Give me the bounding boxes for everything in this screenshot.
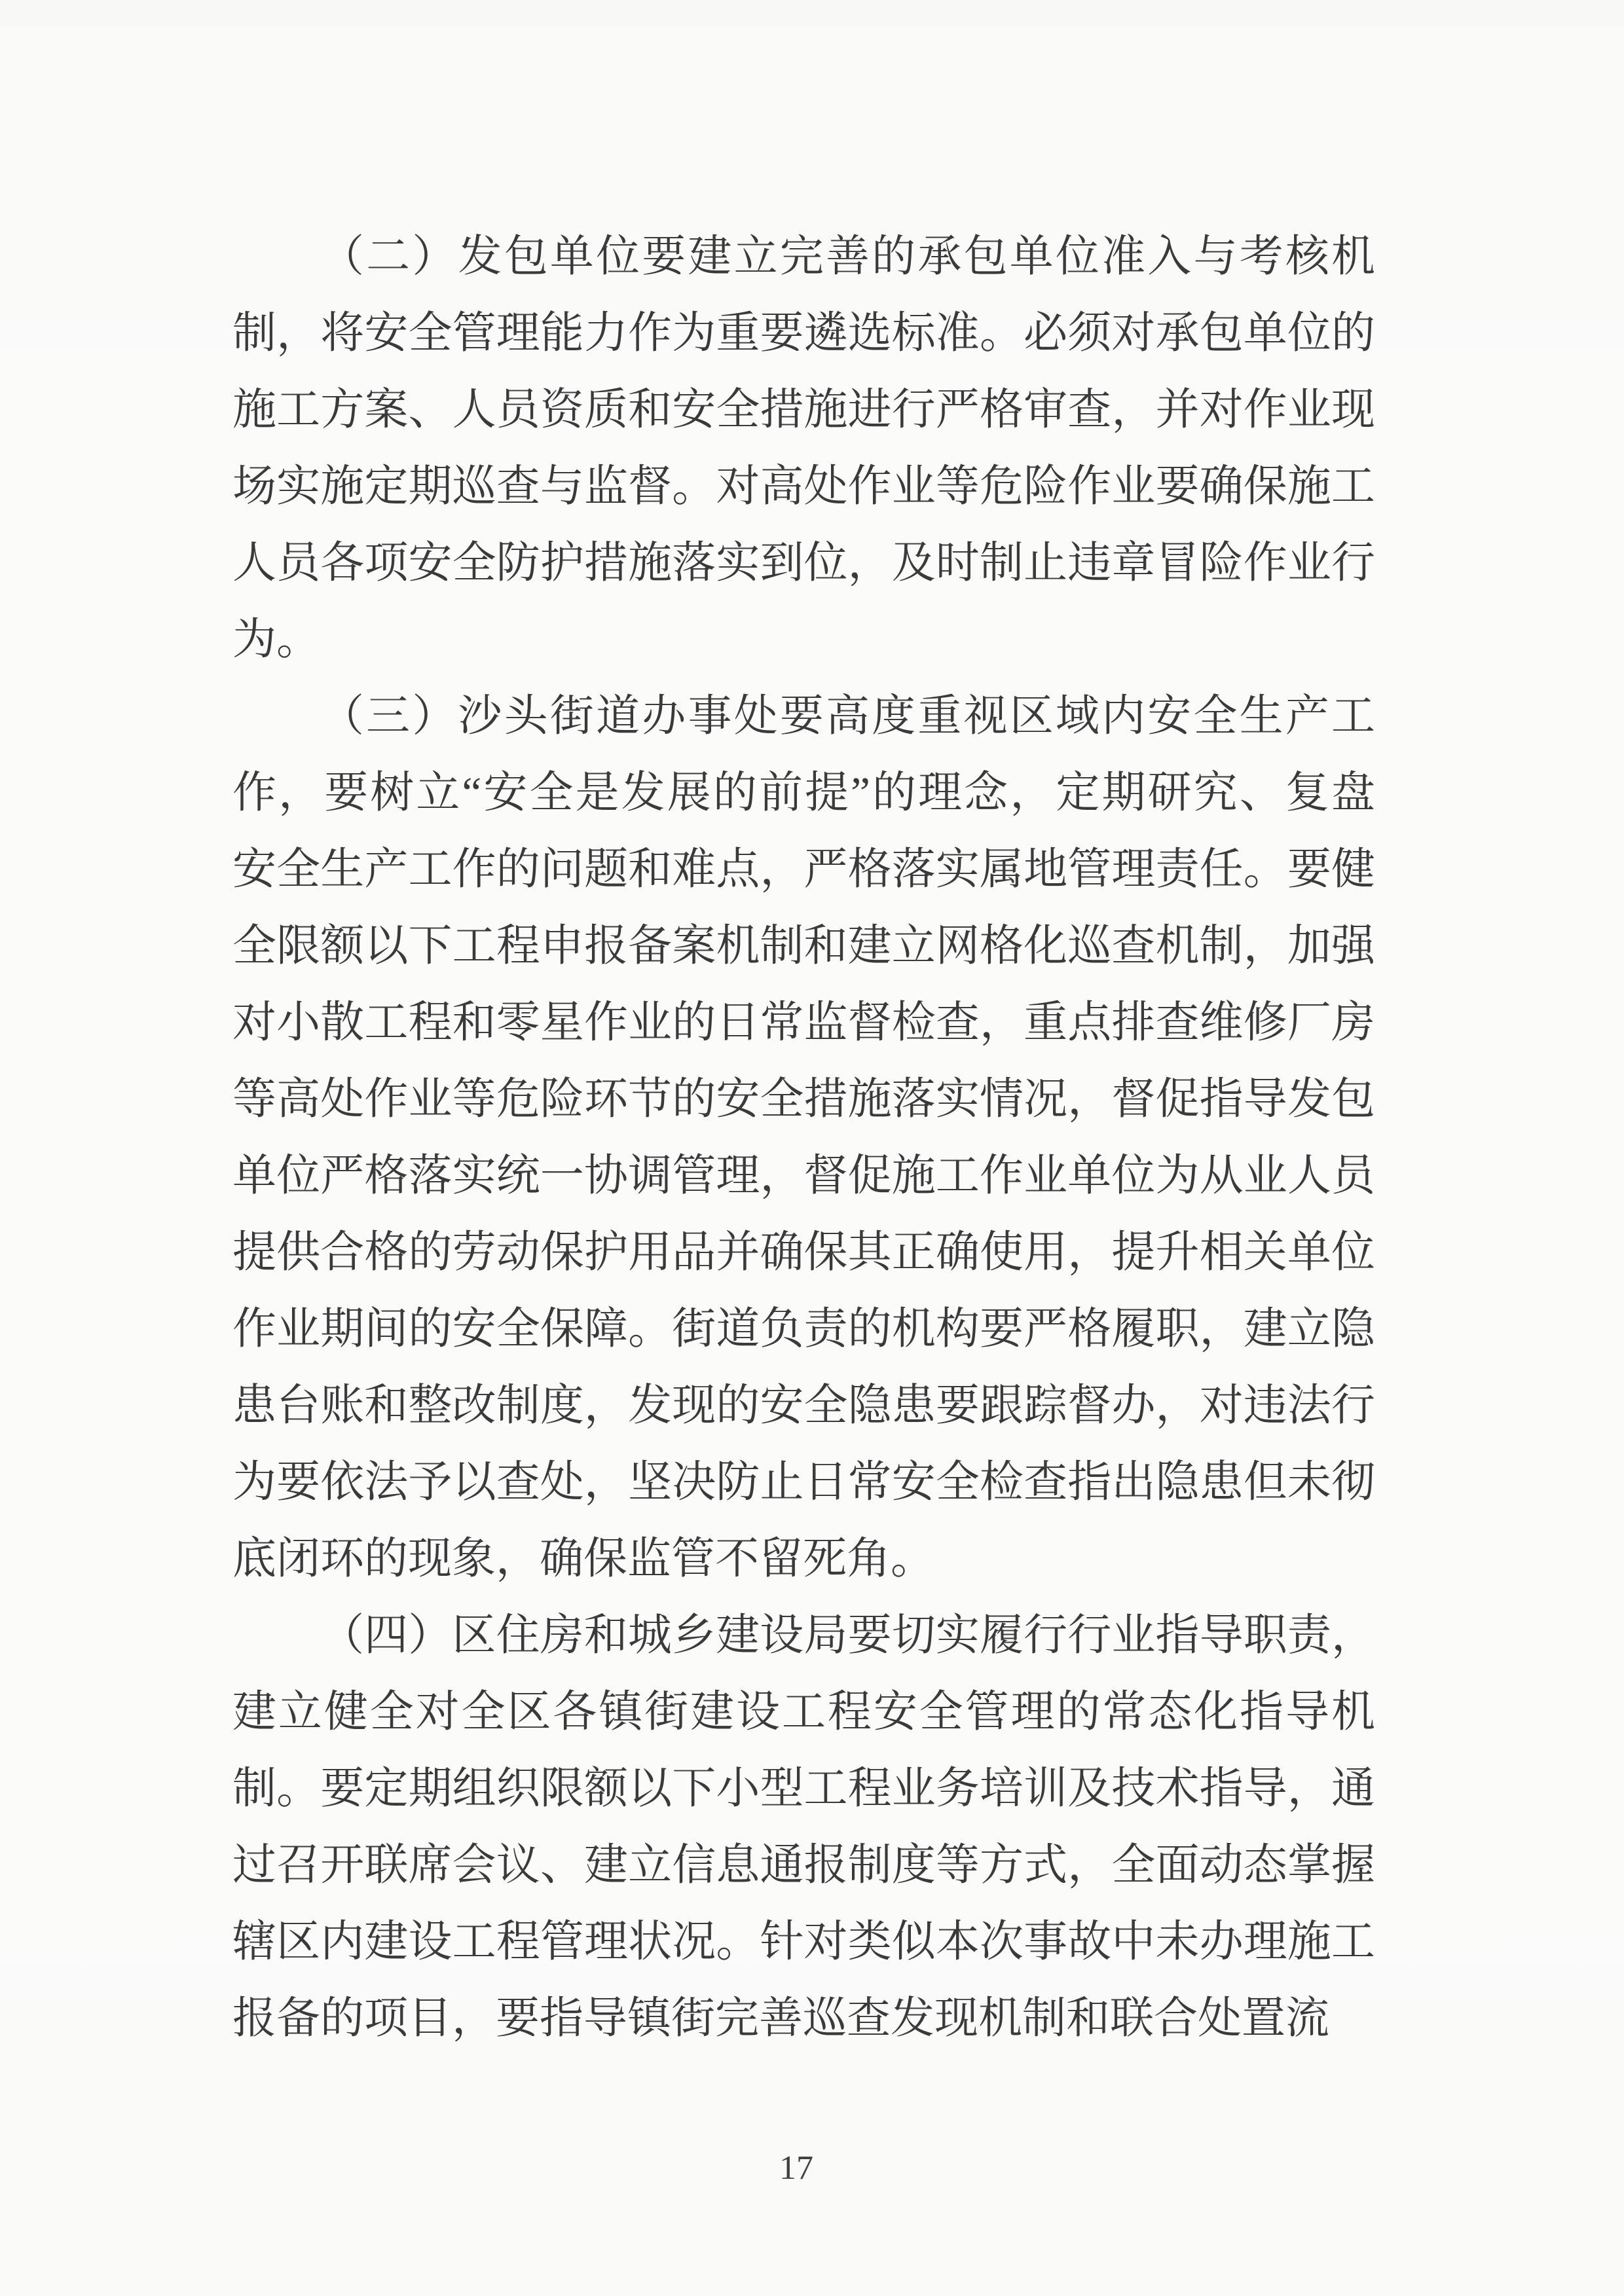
text-line: 作，要树立“安全是发展的前提”的理念，定期研究、复盘	[232, 755, 1375, 831]
text-line: 安全生产工作的问题和难点，严格落实属地管理责任。要健	[232, 831, 1375, 908]
text-line: 制。要定期组织限额以下小型工程业务培训及技术指导，通	[232, 1751, 1375, 1827]
text-line: 辖区内建设工程管理状况。针对类似本次事故中未办理施工	[232, 1904, 1375, 1980]
text-line: 人员各项安全防护措施落实到位，及时制止违章冒险作业行	[232, 525, 1375, 602]
text-line: 作业期间的安全保障。街道负责的机构要严格履职，建立隐	[232, 1291, 1375, 1368]
text-line: 施工方案、人员资质和安全措施进行严格审查，并对作业现	[232, 372, 1375, 448]
text-line: 提供合格的劳动保护用品并确保其正确使用，提升相关单位	[232, 1214, 1375, 1291]
text-line: 单位严格落实统一协调管理，督促施工作业单位为从业人员	[232, 1138, 1375, 1214]
text-line: 建立健全对全区各镇街建设工程安全管理的常态化指导机	[232, 1674, 1375, 1751]
text-line: （三）沙头街道办事处要高度重视区域内安全生产工	[232, 678, 1375, 755]
text-line: 对小散工程和零星作业的日常监督检查，重点排查维修厂房	[232, 985, 1375, 1061]
document-body: （二）发包单位要建立完善的承包单位准入与考核机制，将安全管理能力作为重要遴选标准…	[232, 219, 1375, 2057]
text-line: 患台账和整改制度，发现的安全隐患要跟踪督办，对违法行	[232, 1368, 1375, 1444]
text-line: 制，将安全管理能力作为重要遴选标准。必须对承包单位的	[232, 295, 1375, 372]
text-line: 过召开联席会议、建立信息通报制度等方式，全面动态掌握	[232, 1827, 1375, 1904]
text-line: 等高处作业等危险环节的安全措施落实情况，督促指导发包	[232, 1061, 1375, 1138]
text-line: （二）发包单位要建立完善的承包单位准入与考核机	[232, 219, 1375, 295]
text-line: 底闭环的现象，确保监管不留死角。	[232, 1521, 1375, 1597]
paragraph-item-2: （二）发包单位要建立完善的承包单位准入与考核机制，将安全管理能力作为重要遴选标准…	[232, 219, 1375, 678]
text-line: 为。	[232, 602, 1375, 678]
text-line: 全限额以下工程申报备案机制和建立网格化巡查机制，加强	[232, 908, 1375, 985]
text-line: （四）区住房和城乡建设局要切实履行行业指导职责，	[232, 1597, 1375, 1674]
text-line: 为要依法予以查处，坚决防止日常安全检查指出隐患但未彻	[232, 1444, 1375, 1521]
text-line: 报备的项目，要指导镇街完善巡查发现机制和联合处置流	[232, 1980, 1375, 2057]
scanned-document-page: （二）发包单位要建立完善的承包单位准入与考核机制，将安全管理能力作为重要遴选标准…	[0, 0, 1624, 2296]
paragraph-item-4: （四）区住房和城乡建设局要切实履行行业指导职责，建立健全对全区各镇街建设工程安全…	[232, 1597, 1375, 2057]
page-number: 17	[0, 2149, 1593, 2188]
text-line: 场实施定期巡查与监督。对高处作业等危险作业要确保施工	[232, 448, 1375, 525]
paragraph-item-3: （三）沙头街道办事处要高度重视区域内安全生产工作，要树立“安全是发展的前提”的理…	[232, 678, 1375, 1597]
